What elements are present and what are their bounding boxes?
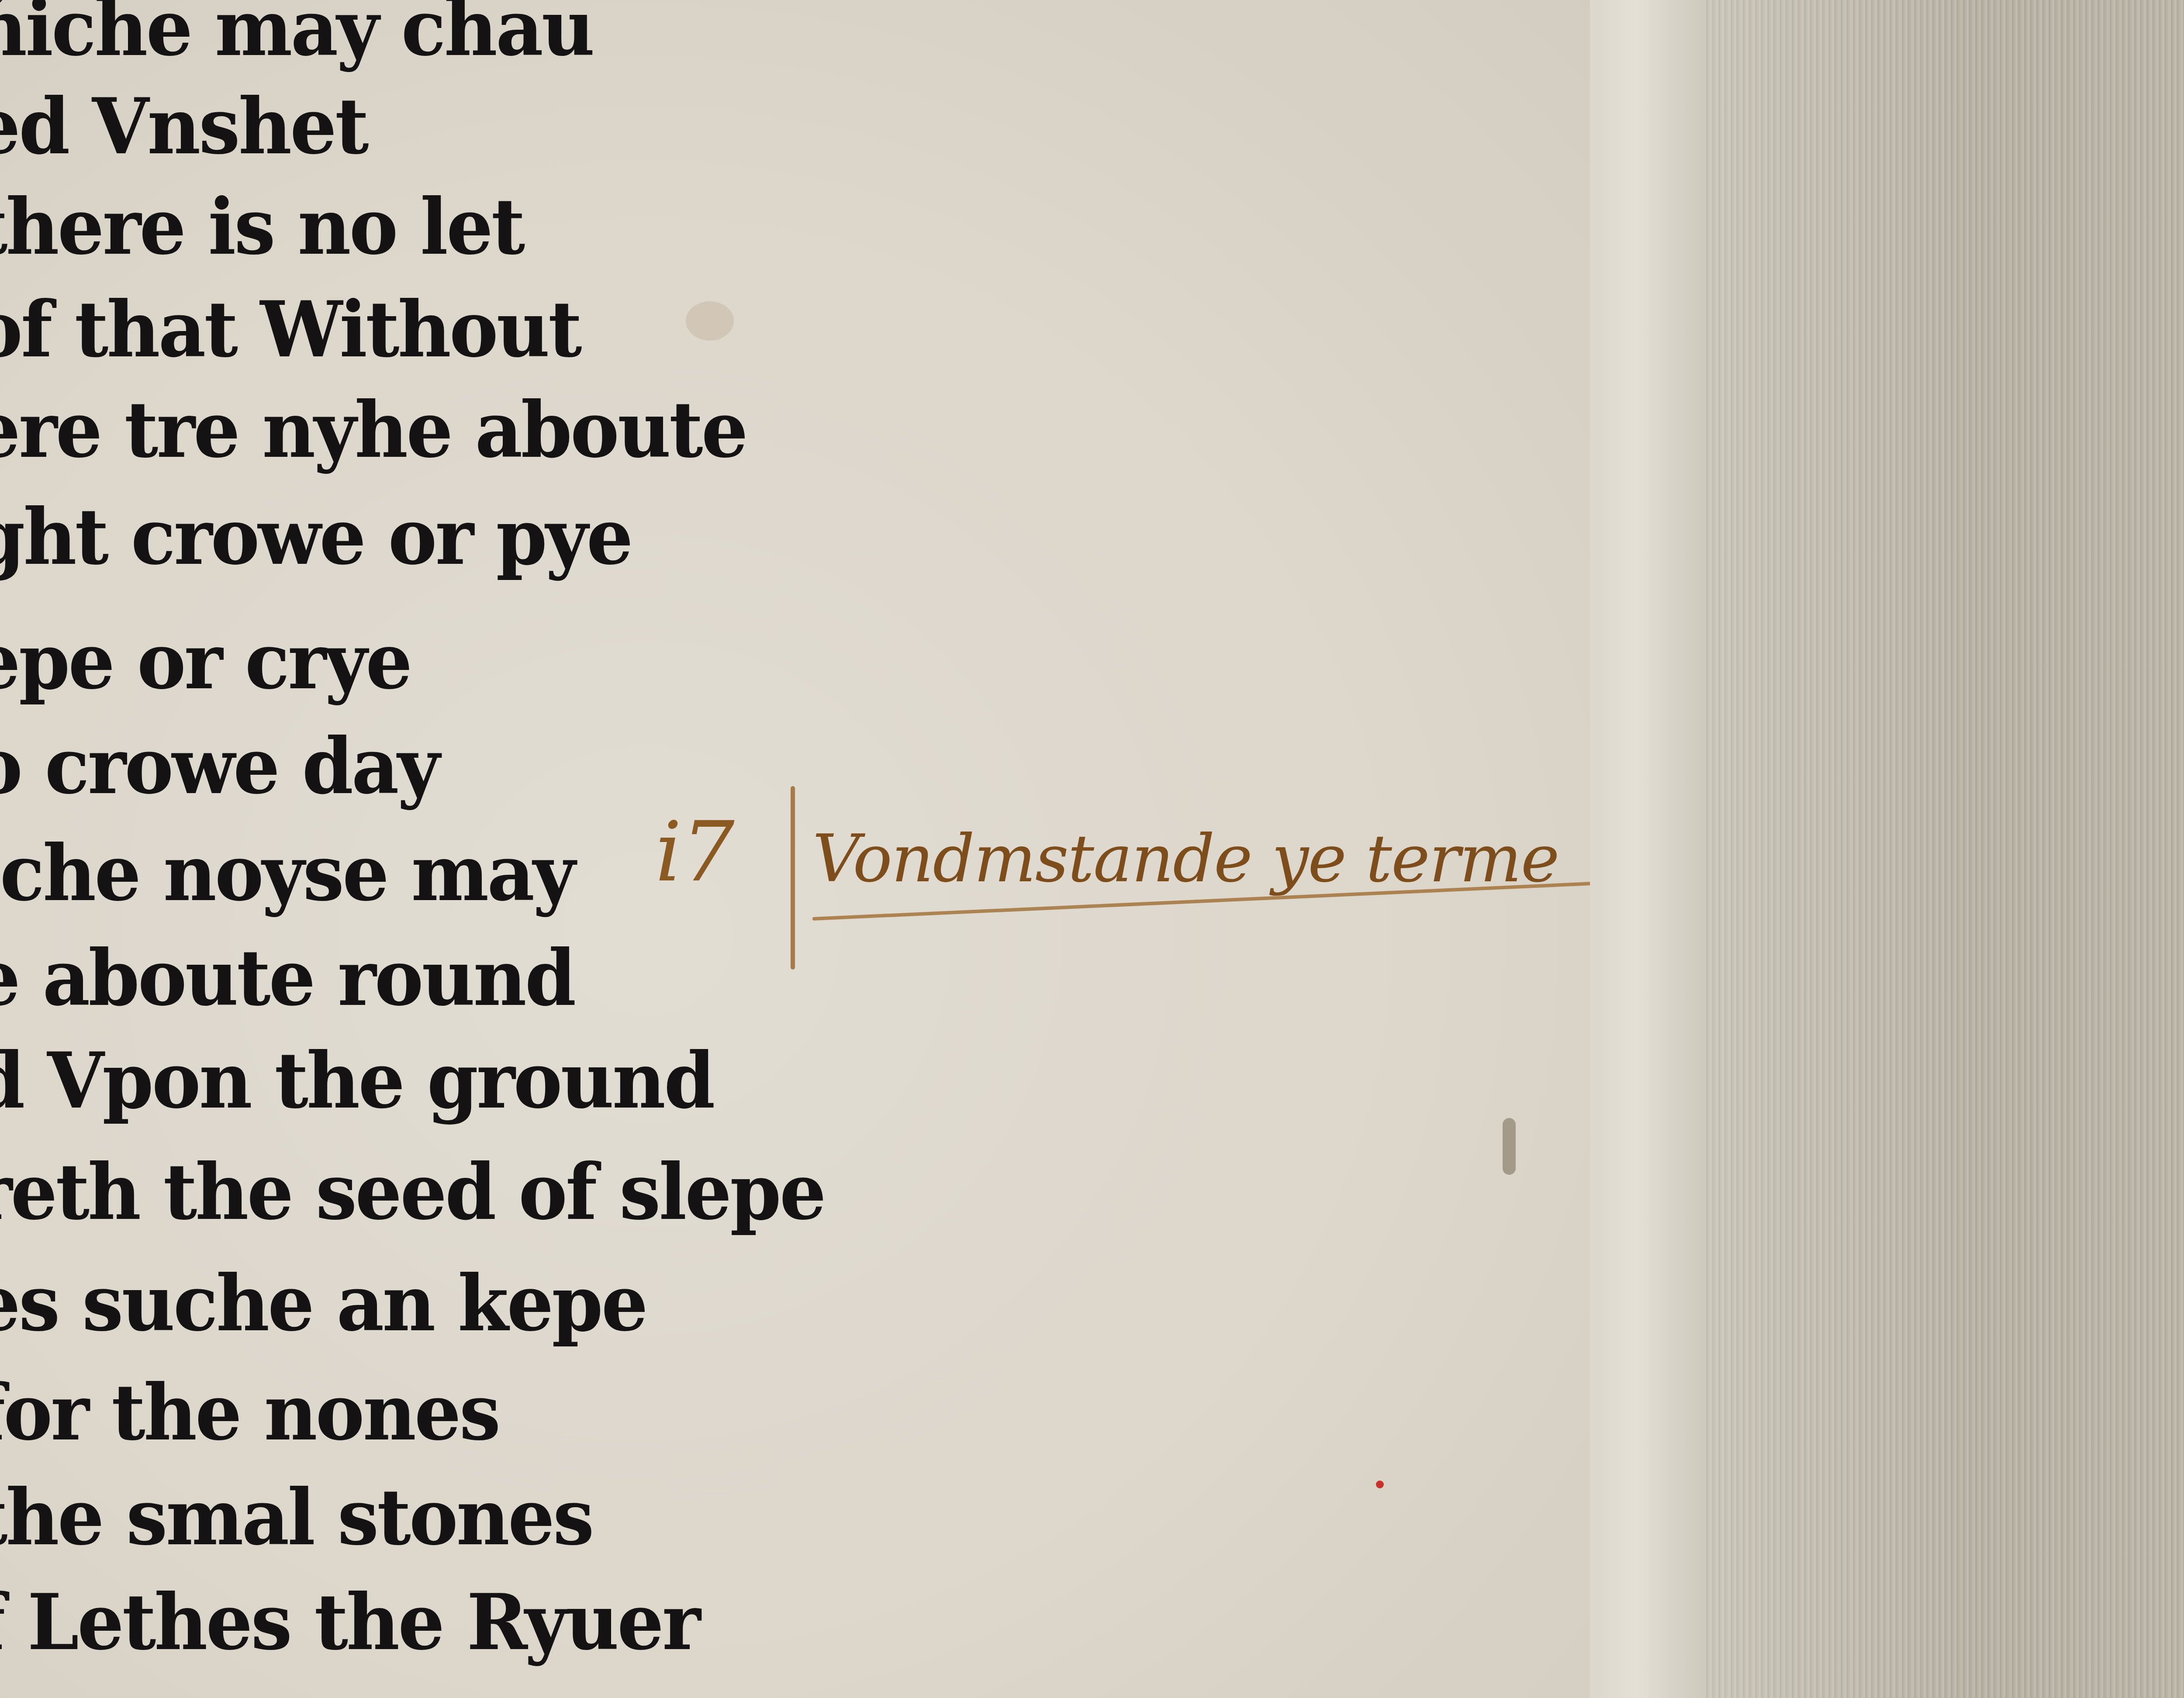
printed-line: for the nones	[0, 1367, 499, 1458]
annotation-text: Vondmstande ye terme	[812, 821, 1559, 897]
printed-line: ۧhiche may chau	[0, 0, 593, 75]
annotation-mark: i7	[655, 804, 735, 900]
printed-line: of that Without	[0, 284, 581, 375]
red-speck	[1376, 1481, 1384, 1488]
printed-line: ght crowe or pye	[0, 491, 632, 582]
page-gutter-edge	[1590, 0, 1704, 1698]
printed-line: there is no let	[0, 181, 523, 272]
printed-line: es suche an kepe	[0, 1258, 646, 1349]
marginal-annotation: i7 Vondmstande ye terme	[655, 786, 1660, 983]
book-page: ۧhiche may chau ed Vnshet there is no le…	[0, 0, 1616, 1698]
printed-line: e aboute round	[0, 932, 574, 1023]
printed-line: d Vpon the ground	[0, 1035, 713, 1126]
page-stack-edges	[1704, 0, 2184, 1698]
printed-line: epe or crye	[0, 616, 411, 707]
printed-line: the smal stones	[0, 1472, 592, 1563]
printed-line: ere tre nyhe aboute	[0, 384, 746, 475]
paper-stain	[1503, 1118, 1516, 1175]
annotation-bracket	[791, 786, 795, 970]
printed-line: reth the seed of slepe	[0, 1146, 825, 1237]
printed-line: f Lethes the Ryuer	[0, 1577, 699, 1667]
printed-line: iche noyse may	[0, 828, 574, 918]
printed-line: ed Vnshet	[0, 81, 367, 172]
paper-stain	[686, 301, 734, 341]
printed-line: o crowe day	[0, 721, 438, 811]
